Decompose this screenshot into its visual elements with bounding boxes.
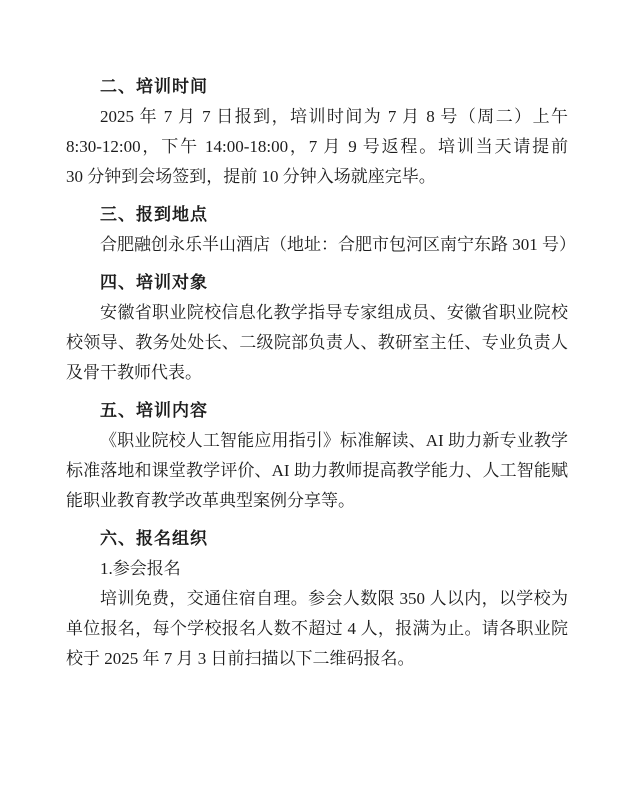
paragraph-line: 30 分钟到会场签到，提前 10 分钟入场就座完毕。 — [66, 162, 568, 192]
paragraph-training-content: 《职业院校人工智能应用指引》标准解读、AI 助力新专业教学 标准落地和课堂教学评… — [66, 426, 568, 516]
list-item-heading-participation-signup: 1.参会报名 — [66, 554, 568, 584]
paragraph-line: 校领导、教务处处长、二级院部负责人、教研室主任、专业负责人 — [66, 328, 568, 358]
section-heading-training-audience: 四、培训对象 — [66, 268, 568, 298]
section-heading-training-content: 五、培训内容 — [66, 396, 568, 426]
paragraph-training-audience: 安徽省职业院校信息化教学指导专家组成员、安徽省职业院校 校领导、教务处处长、二级… — [66, 298, 568, 388]
document-body: 二、培训时间 2025 年 7 月 7 日报到，培训时间为 7 月 8 号（周二… — [66, 72, 568, 674]
document-page: 二、培训时间 2025 年 7 月 7 日报到，培训时间为 7 月 8 号（周二… — [0, 0, 632, 812]
paragraph-line: 单位报名，每个学校报名人数不超过 4 人，报满为止。请各职业院 — [66, 614, 568, 644]
section-heading-registration-organization: 六、报名组织 — [66, 524, 568, 554]
paragraph-registration-location: 合肥融创永乐半山酒店（地址：合肥市包河区南宁东路 301 号） — [66, 230, 568, 260]
paragraph-line: 8:30-12:00，下午 14:00-18:00，7 月 9 号返程。培训当天… — [66, 132, 568, 162]
paragraph-line: 标准落地和课堂教学评价、AI 助力教师提高教学能力、人工智能赋 — [66, 456, 568, 486]
paragraph-line: 安徽省职业院校信息化教学指导专家组成员、安徽省职业院校 — [66, 298, 568, 328]
paragraph-registration-organization: 培训免费，交通住宿自理。参会人数限 350 人以内，以学校为 单位报名，每个学校… — [66, 584, 568, 674]
section-heading-training-time: 二、培训时间 — [66, 72, 568, 102]
paragraph-line: 合肥融创永乐半山酒店（地址：合肥市包河区南宁东路 301 号） — [66, 230, 568, 260]
paragraph-line: 校于 2025 年 7 月 3 日前扫描以下二维码报名。 — [66, 644, 568, 674]
paragraph-training-time: 2025 年 7 月 7 日报到，培训时间为 7 月 8 号（周二）上午 8:3… — [66, 102, 568, 192]
paragraph-line: 培训免费，交通住宿自理。参会人数限 350 人以内，以学校为 — [66, 584, 568, 614]
section-heading-registration-location: 三、报到地点 — [66, 200, 568, 230]
paragraph-line: 《职业院校人工智能应用指引》标准解读、AI 助力新专业教学 — [66, 426, 568, 456]
paragraph-line: 及骨干教师代表。 — [66, 358, 568, 388]
paragraph-line: 2025 年 7 月 7 日报到，培训时间为 7 月 8 号（周二）上午 — [66, 102, 568, 132]
paragraph-line: 能职业教育教学改革典型案例分享等。 — [66, 486, 568, 516]
